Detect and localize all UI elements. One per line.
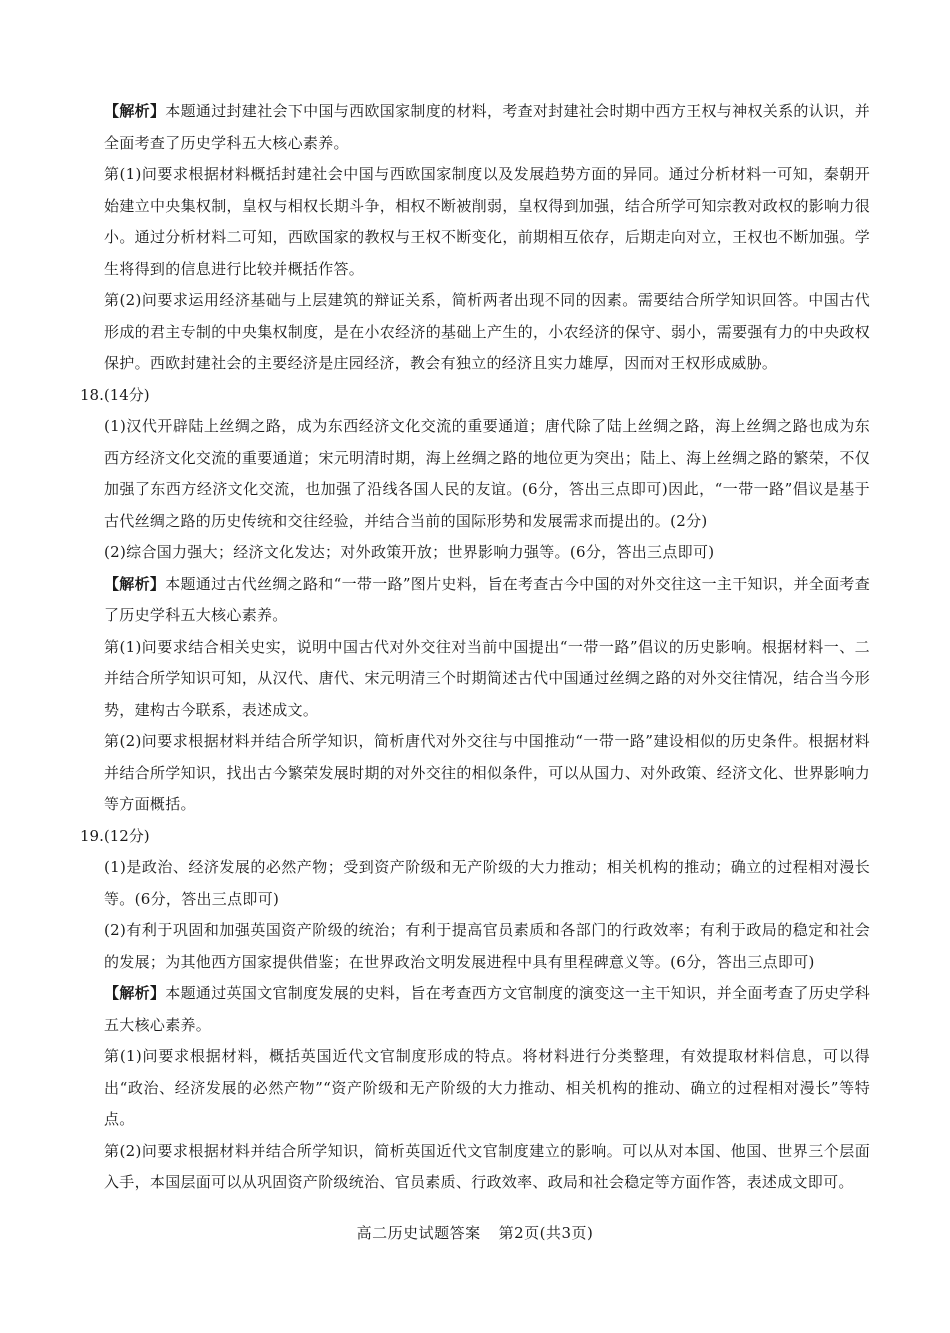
sub-question-1-analysis: 第(1)问要求根据材料，概括英国近代文官制度形成的特点。将材料进行分类整理，有效… xyxy=(104,1041,870,1136)
q19-section: 19.(12分) (1)是政治、经济发展的必然产物；受到资产阶级和无产阶级的大力… xyxy=(104,821,870,1199)
q18-section: 18.(14分) (1)汉代开辟陆上丝绸之路，成为东西经济文化交流的重要通道；唐… xyxy=(104,380,870,821)
analysis-paragraph: 【解析】本题通过封建社会下中国与西欧国家制度的材料，考查对封建社会时期中西方王权… xyxy=(104,96,870,159)
page-number: 第2页(共3页) xyxy=(499,1224,594,1242)
analysis-tag: 【解析】 xyxy=(104,984,165,1002)
sub-question-2-analysis: 第(2)问要求根据材料并结合所学知识，简析唐代对外交往与中国推动“一带一路”建设… xyxy=(104,726,870,821)
footer-title: 高二历史试题答案 xyxy=(357,1224,481,1242)
analysis-tag: 【解析】 xyxy=(104,102,165,120)
page-footer: 高二历史试题答案第2页(共3页) xyxy=(0,1222,950,1243)
sub-question-1-analysis: 第(1)问要求根据材料概括封建社会中国与西欧国家制度以及发展趋势方面的异同。通过… xyxy=(104,159,870,285)
answer-1: (1)汉代开辟陆上丝绸之路，成为东西经济文化交流的重要通道；唐代除了陆上丝绸之路… xyxy=(104,411,870,537)
document-page: 【解析】本题通过封建社会下中国与西欧国家制度的材料，考查对封建社会时期中西方王权… xyxy=(0,0,950,1333)
answer-2: (2)综合国力强大；经济文化发达；对外政策开放；世界影响力强等。(6分，答出三点… xyxy=(104,537,870,569)
sub-question-2-analysis: 第(2)问要求根据材料并结合所学知识，简析英国近代文官制度建立的影响。可以从对本… xyxy=(104,1136,870,1199)
analysis-paragraph: 【解析】本题通过英国文官制度发展的史料，旨在考查西方文官制度的演变这一主干知识，… xyxy=(104,978,870,1041)
sub-question-1-analysis: 第(1)问要求结合相关史实，说明中国古代对外交往对当前中国提出“一带一路”倡议的… xyxy=(104,632,870,727)
sub-question-2-analysis: 第(2)问要求运用经济基础与上层建筑的辩证关系，简析两者出现不同的因素。需要结合… xyxy=(104,285,870,380)
question-heading: 18.(14分) xyxy=(80,380,870,412)
analysis-paragraph: 【解析】本题通过古代丝绸之路和“一带一路”图片史料，旨在考查古今中国的对外交往这… xyxy=(104,569,870,632)
document-body: 【解析】本题通过封建社会下中国与西欧国家制度的材料，考查对封建社会时期中西方王权… xyxy=(104,96,870,1199)
answer-1: (1)是政治、经济发展的必然产物；受到资产阶级和无产阶级的大力推动；相关机构的推… xyxy=(104,852,870,915)
answer-2: (2)有利于巩固和加强英国资产阶级的统治；有利于提高官员素质和各部门的行政效率；… xyxy=(104,915,870,978)
q17-analysis-section: 【解析】本题通过封建社会下中国与西欧国家制度的材料，考查对封建社会时期中西方王权… xyxy=(104,96,870,380)
analysis-tag: 【解析】 xyxy=(104,575,165,593)
question-heading: 19.(12分) xyxy=(80,821,870,853)
